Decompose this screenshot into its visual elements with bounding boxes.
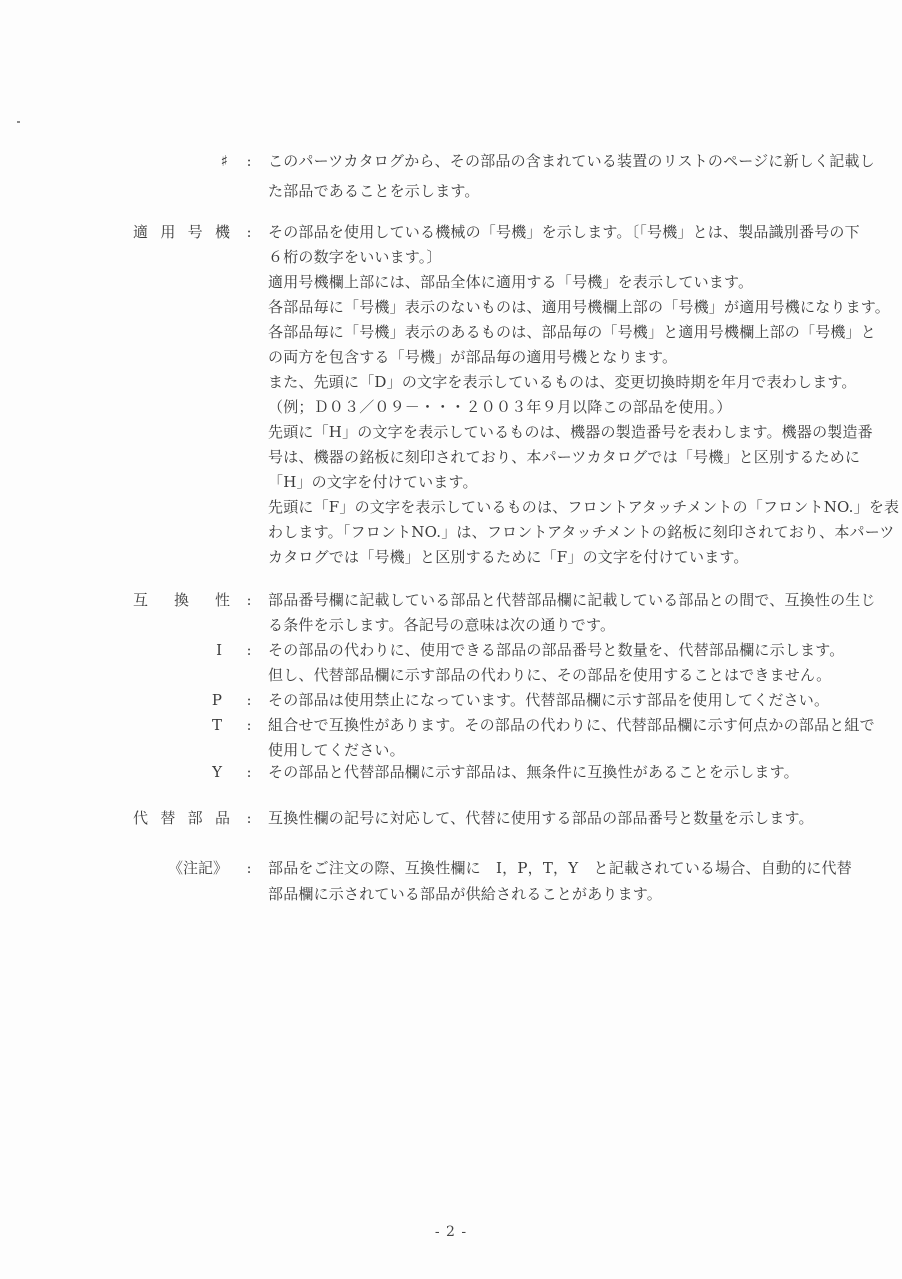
code-symbol-y: Y [133, 760, 230, 785]
scan-speck [17, 121, 20, 123]
alternative-parts-label: 代 替 部 品 [133, 806, 230, 831]
interchangeability-label: 互 換 性 [133, 588, 230, 613]
legend-line: 但し、代替部品欄に示す部品の代わりに、その部品を使用することはできません。 [268, 663, 844, 688]
legend-line: その部品と代替部品欄に示す部品は、無条件に互換性があることを示します。 [268, 760, 799, 785]
code-y-text: その部品と代替部品欄に示す部品は、無条件に互換性があることを示します。 [268, 760, 799, 785]
legend-line: その部品を使用している機械の「号機」を示します。〔「号機」とは、製品識別番号の下 [268, 220, 899, 245]
legend-line: 各部品毎に「号機」表示のあるものは、部品毎の「号機」と適用号機欄上部の「号機」と [268, 320, 899, 345]
code-symbol-p: P [133, 688, 230, 713]
legend-line: 部品欄に示されている部品が供給されることがあります。 [268, 881, 852, 907]
legend-line: その部品は使用禁止になっています。代替部品欄に示す部品を使用してください。 [268, 688, 829, 713]
legend-line: （例；Ｄ０３／０９－・・・２００３年９月以降この部品を使用。） [268, 395, 899, 420]
legend-line: 部品をご注文の際、互換性欄に I，P，T，Y と記載されている場合、自動的に代替 [268, 855, 852, 881]
section-note: 《注記》 : 部品をご注文の際、互換性欄に I，P，T，Y と記載されている場合… [0, 855, 902, 907]
page-number: - 2 - [0, 1222, 902, 1242]
legend-line: 「H」の文字を付けています。 [268, 470, 899, 495]
interchangeability-text: 部品番号欄に記載している部品と代替部品欄に記載している部品との間で、互換性の生じ… [268, 588, 876, 638]
code-row-p: P : その部品は使用禁止になっています。代替部品欄に示す部品を使用してください… [0, 688, 902, 713]
code-p-text: その部品は使用禁止になっています。代替部品欄に示す部品を使用してください。 [268, 688, 829, 713]
legend-line: 互換性欄の記号に対応して、代替に使用する部品の部品番号と数量を示します。 [268, 806, 814, 831]
section-interchangeability: 互 換 性 : 部品番号欄に記載している部品と代替部品欄に記載している部品との間… [0, 588, 902, 638]
legend-line: 各部品毎に「号機」表示のないものは、適用号機欄上部の「号機」が適用号機になります… [268, 295, 899, 320]
legend-line: 先頭に「F」の文字を表示しているものは、フロントアタッチメントの「フロントNO.… [268, 495, 899, 520]
section-new-part-mark: ♯ : このパーツカタログから、その部品の含まれている装置のリストのページに新し… [0, 146, 902, 206]
code-symbol-t: T [133, 713, 230, 738]
colon-separator: : [230, 220, 268, 245]
alternative-parts-text: 互換性欄の記号に対応して、代替に使用する部品の部品番号と数量を示します。 [268, 806, 814, 831]
legend-line: カタログでは「号機」と区別するために「F」の文字を付けています。 [268, 545, 899, 570]
code-i-text: その部品の代わりに、使用できる部品の部品番号と数量を、代替部品欄に示します。 但… [268, 638, 844, 688]
colon-separator: : [230, 688, 268, 713]
legend-line: このパーツカタログから、その部品の含まれている装置のリストのページに新しく記載し [268, 146, 875, 176]
colon-separator: : [230, 146, 268, 176]
code-row-y: Y : その部品と代替部品欄に示す部品は、無条件に互換性があることを示します。 [0, 760, 902, 785]
legend-line: 号は、機器の銘板に刻印されており、本パーツカタログでは「号機」と区別するために [268, 445, 899, 470]
legend-line: ６桁の数字をいいます。〕 [268, 245, 899, 270]
legend-line: 先頭に「H」の文字を表示しているものは、機器の製造番号を表わします。機器の製造番 [268, 420, 899, 445]
applicable-serial-label: 適 用 号 機 [133, 220, 230, 245]
new-part-mark-symbol: ♯ [133, 146, 230, 176]
legend-line: わします。「フロントNO.」は、フロントアタッチメントの銘板に刻印されており、本… [268, 520, 899, 545]
legend-line: の両方を包含する「号機」が部品毎の適用号機となります。 [268, 345, 899, 370]
legend-line: た部品であることを示します。 [268, 176, 875, 206]
new-part-mark-text: このパーツカタログから、その部品の含まれている装置のリストのページに新しく記載し… [268, 146, 875, 206]
applicable-serial-text: その部品を使用している機械の「号機」を示します。〔「号機」とは、製品識別番号の下… [268, 220, 899, 570]
code-row-i: I : その部品の代わりに、使用できる部品の部品番号と数量を、代替部品欄に示しま… [0, 638, 902, 688]
colon-separator: : [230, 638, 268, 663]
legend-line: また、先頭に「D」の文字を表示しているものは、変更切換時期を年月で表わします。 [268, 370, 899, 395]
colon-separator: : [230, 855, 268, 881]
section-alternative-parts: 代 替 部 品 : 互換性欄の記号に対応して、代替に使用する部品の部品番号と数量… [0, 806, 902, 831]
legend-line: 適用号機欄上部には、部品全体に適用する「号機」を表示しています。 [268, 270, 899, 295]
code-symbol-i: I [133, 638, 230, 663]
legend-line: その部品の代わりに、使用できる部品の部品番号と数量を、代替部品欄に示します。 [268, 638, 844, 663]
colon-separator: : [230, 806, 268, 831]
document-page: ♯ : このパーツカタログから、その部品の含まれている装置のリストのページに新し… [0, 0, 902, 1279]
note-label: 《注記》 [133, 855, 230, 881]
code-t-text: 組合せで互換性があります。その部品の代わりに、代替部品欄に示す何点かの部品と組で… [268, 713, 875, 763]
legend-line: 組合せで互換性があります。その部品の代わりに、代替部品欄に示す何点かの部品と組で [268, 713, 875, 738]
colon-separator: : [230, 588, 268, 613]
legend-line: る条件を示します。各記号の意味は次の通りです。 [268, 613, 876, 638]
code-row-t: T : 組合せで互換性があります。その部品の代わりに、代替部品欄に示す何点かの部… [0, 713, 902, 763]
section-applicable-serial: 適 用 号 機 : その部品を使用している機械の「号機」を示します。〔「号機」と… [0, 220, 902, 570]
note-text: 部品をご注文の際、互換性欄に I，P，T，Y と記載されている場合、自動的に代替… [268, 855, 852, 907]
colon-separator: : [230, 760, 268, 785]
colon-separator: : [230, 713, 268, 738]
legend-line: 部品番号欄に記載している部品と代替部品欄に記載している部品との間で、互換性の生じ [268, 588, 876, 613]
